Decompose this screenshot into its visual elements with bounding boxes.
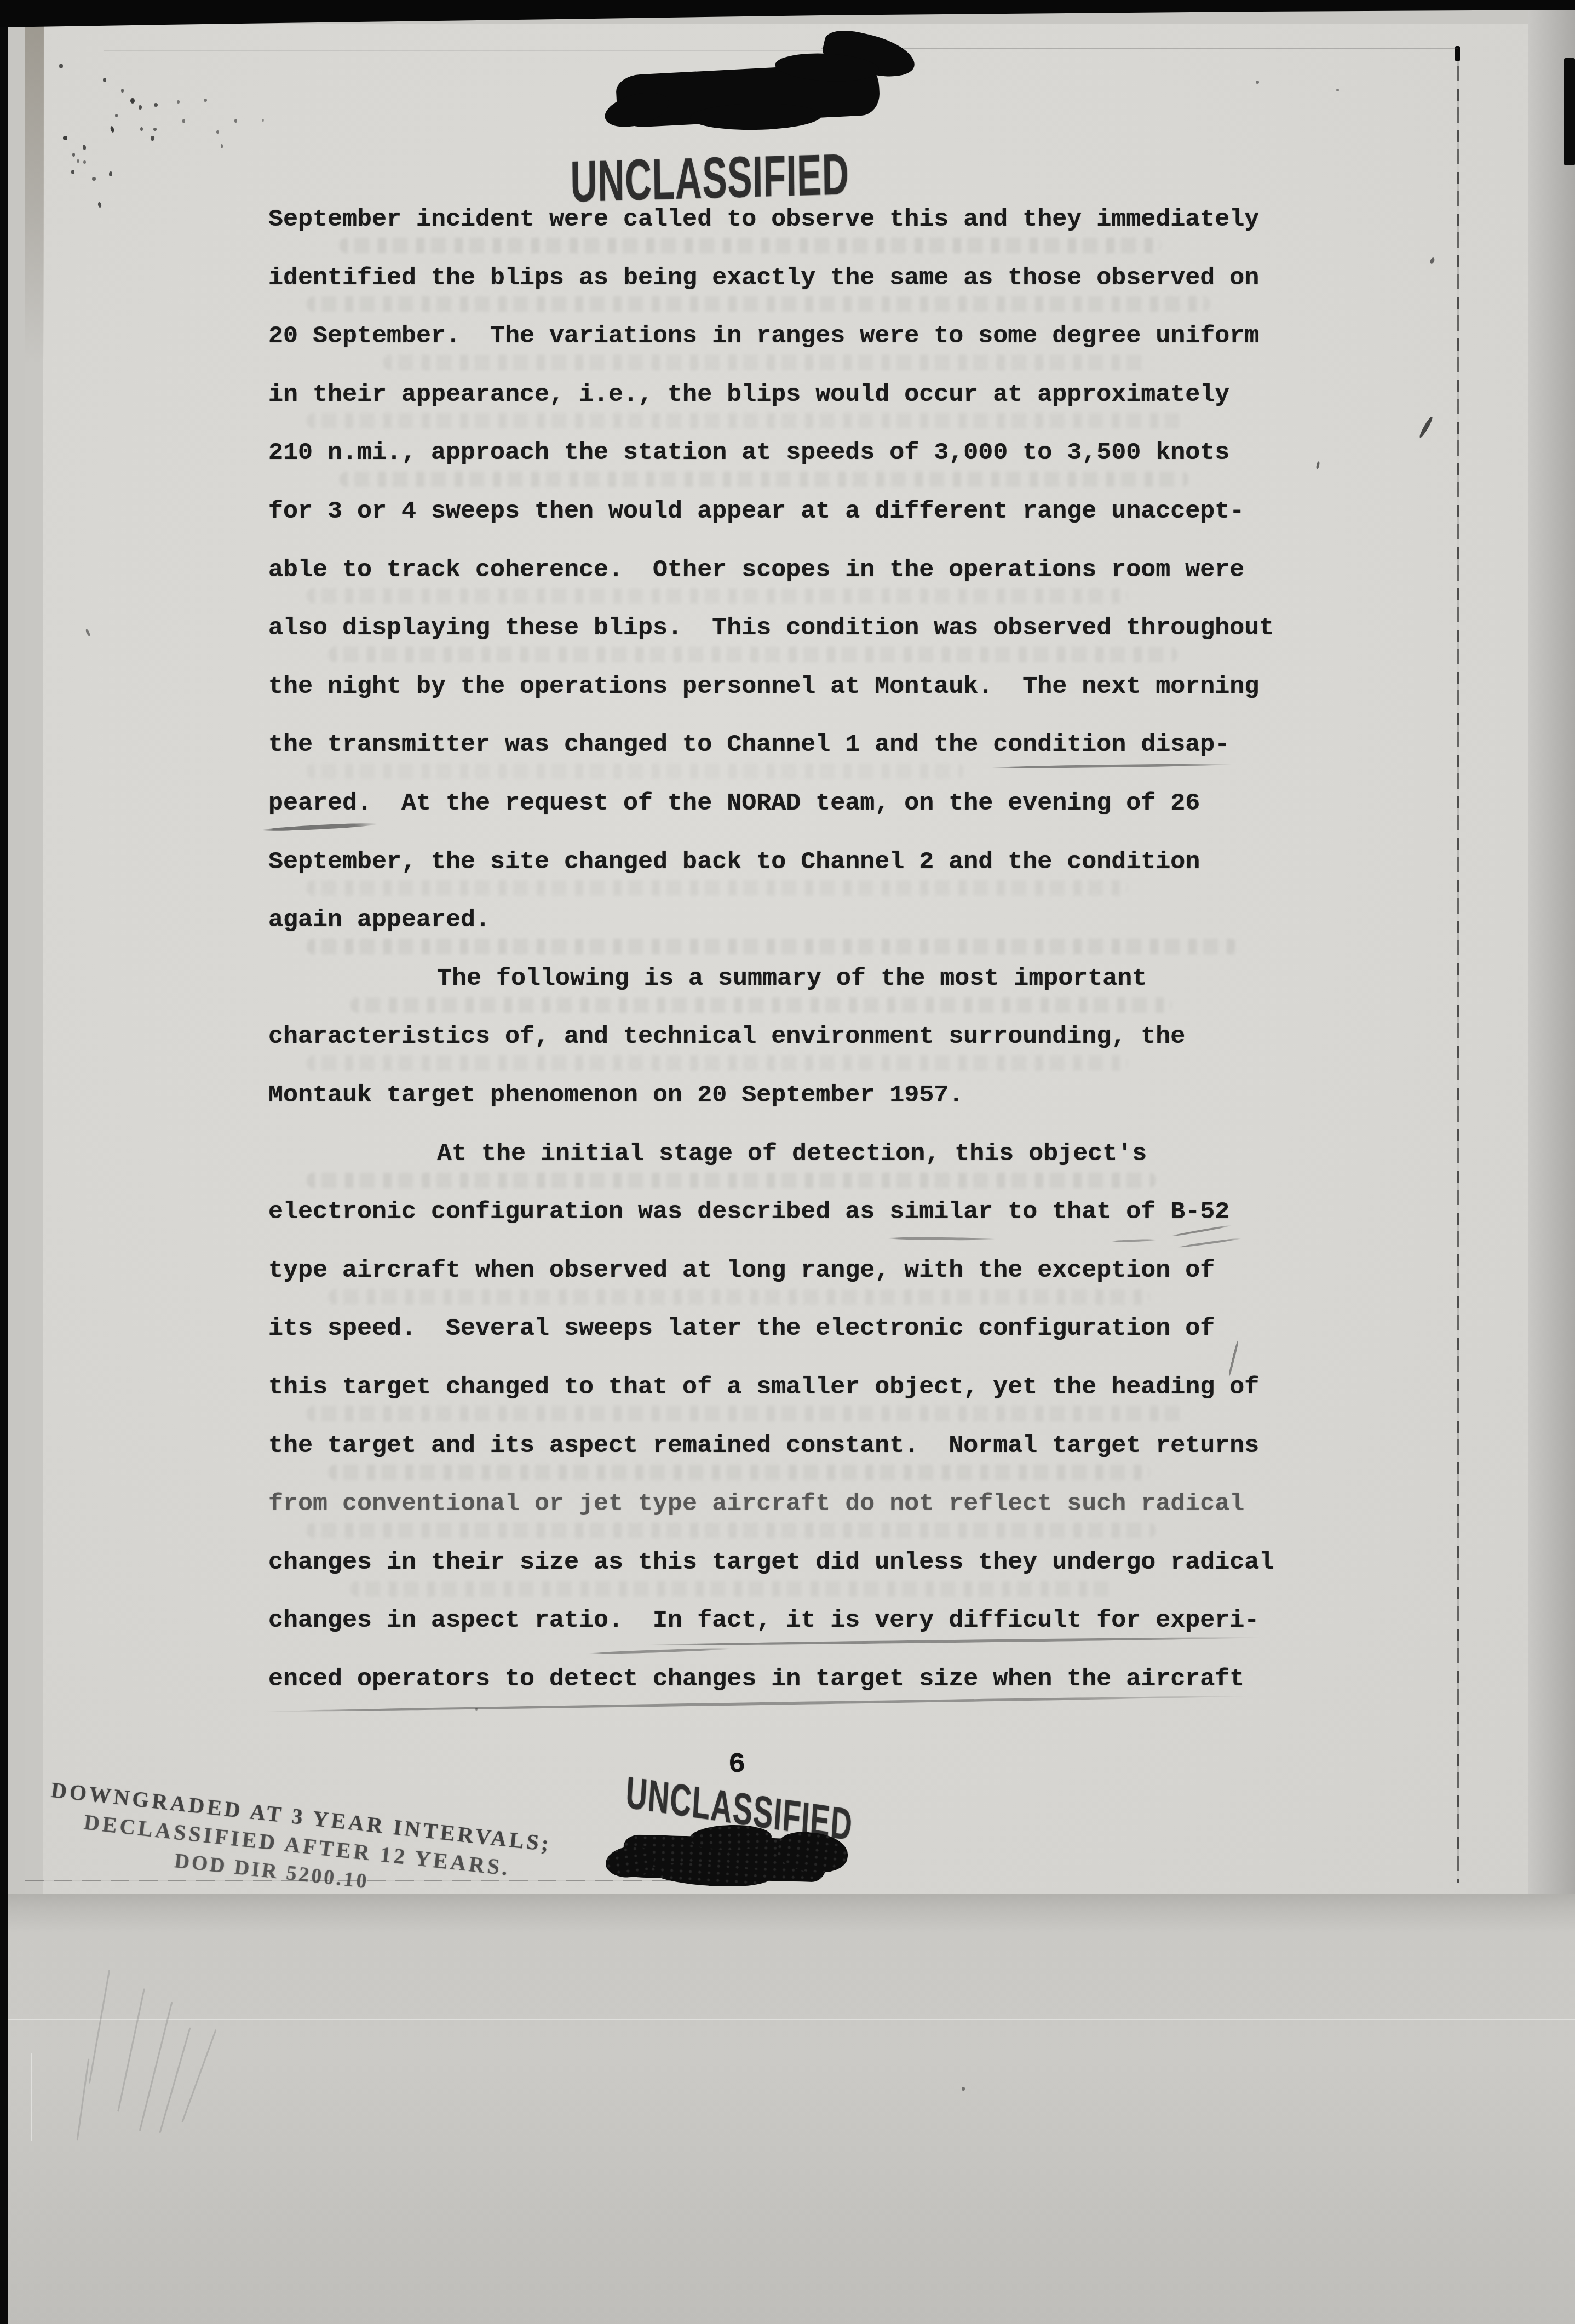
dust-speck xyxy=(216,130,219,134)
typed-line: Montauk target phenomenon on 20 Septembe… xyxy=(268,1083,963,1108)
scratch-line-horizontal xyxy=(8,2019,1575,2020)
scanned-page: SECRET UNCLASSIFIED UNCLASSIFIED Septemb… xyxy=(0,0,1575,2324)
dust-speck xyxy=(103,78,106,82)
bleedthrough-ghost-line xyxy=(307,296,1210,312)
typed-line: enced operators to detect changes in tar… xyxy=(268,1667,1244,1691)
scan-edge-right-mark xyxy=(1564,58,1575,165)
typed-line: peared. At the request of the NORAD team… xyxy=(268,791,1200,816)
dust-speck xyxy=(140,127,143,131)
typed-line: 210 n.mi., approach the station at speed… xyxy=(268,440,1229,465)
bleedthrough-ghost-line xyxy=(329,1289,1150,1305)
dust-speck xyxy=(72,153,75,157)
bleedthrough-ghost-line xyxy=(307,413,1183,428)
bleedthrough-ghost-line xyxy=(307,1055,1128,1071)
dust-speck xyxy=(1336,89,1339,91)
fold-line-vertical xyxy=(1457,47,1459,1883)
typed-line: the target and its aspect remained const… xyxy=(268,1433,1259,1458)
bleedthrough-ghost-line xyxy=(307,764,964,779)
typed-line: 20 September. The variations in ranges w… xyxy=(268,324,1259,348)
dust-speck xyxy=(63,136,67,140)
typed-line: also displaying these blips. This condit… xyxy=(268,616,1274,640)
typed-line: changes in their size as this target did… xyxy=(268,1550,1274,1575)
typed-line: September, the site changed back to Chan… xyxy=(268,850,1200,874)
dust-speck xyxy=(221,144,223,148)
dust-speck xyxy=(92,177,96,181)
typed-line: characteristics of, and technical enviro… xyxy=(268,1024,1185,1049)
dust-speck xyxy=(115,114,118,117)
typed-line: for 3 or 4 sweeps then would appear at a… xyxy=(268,499,1244,524)
bleedthrough-ghost-line xyxy=(307,1523,1156,1538)
bleedthrough-ghost-line xyxy=(350,997,1172,1013)
typed-line: its speed. Several sweeps later the elec… xyxy=(268,1316,1215,1341)
bleedthrough-ghost-line xyxy=(307,939,1238,954)
crease-line-top-faint xyxy=(104,50,827,51)
typed-line: the transmitter was changed to Channel 1… xyxy=(268,732,1229,757)
typed-line: from conventional or jet type aircraft d… xyxy=(268,1491,1244,1516)
typed-line: September incident were called to observ… xyxy=(268,207,1259,232)
dust-speck xyxy=(77,159,79,163)
bleedthrough-ghost-line xyxy=(307,1406,1183,1421)
typed-line: type aircraft when observed at long rang… xyxy=(268,1258,1215,1283)
typed-line: changes in aspect ratio. In fact, it is … xyxy=(268,1608,1259,1633)
dust-speck xyxy=(59,64,63,68)
dust-speck xyxy=(204,99,207,102)
dust-speck xyxy=(234,119,237,123)
typed-line: able to track coherence. Other scopes in… xyxy=(268,558,1244,582)
dust-speck xyxy=(154,103,158,107)
dust-speck xyxy=(962,2087,965,2091)
scan-edge-left xyxy=(0,0,8,2324)
dust-speck xyxy=(1256,81,1259,84)
typed-line: this target changed to that of a smaller… xyxy=(268,1375,1259,1399)
dust-speck xyxy=(121,89,124,93)
dust-speck xyxy=(262,119,264,122)
bleedthrough-ghost-line xyxy=(329,647,1177,662)
dust-speck xyxy=(153,128,157,131)
typed-line: identified the blips as being exactly th… xyxy=(268,266,1259,290)
bleedthrough-ghost-line xyxy=(350,1581,1117,1597)
page-left-edge-shade xyxy=(8,24,25,1894)
dust-speck xyxy=(182,119,185,123)
dust-speck xyxy=(83,160,86,164)
bleedthrough-ghost-line xyxy=(383,355,1150,370)
typed-line: in their appearance, i.e., the blips wou… xyxy=(268,382,1229,407)
dust-speck xyxy=(139,105,142,110)
scanner-backing xyxy=(0,1894,1575,2324)
redaction-blob xyxy=(612,1824,849,1893)
typed-line: the night by the operations personnel at… xyxy=(268,674,1259,699)
dust-speck xyxy=(130,98,135,104)
bleedthrough-ghost-line xyxy=(340,472,1188,487)
page-number: 6 xyxy=(728,1748,745,1781)
typed-line: electronic configuration was described a… xyxy=(268,1200,1229,1224)
scratch-line-vertical xyxy=(31,2053,32,2141)
dust-speck xyxy=(177,100,180,104)
typed-line: The following is a summary of the most i… xyxy=(437,966,1147,991)
bleedthrough-ghost-line xyxy=(340,238,1161,253)
page-left-edge-shadow xyxy=(25,24,44,364)
dust-speck xyxy=(475,1708,478,1711)
bleedthrough-ghost-line xyxy=(307,588,1128,604)
page-right-edge-shade xyxy=(1528,0,1575,1894)
dust-speck xyxy=(71,170,74,174)
typed-line: again appeared. xyxy=(268,908,490,932)
bleedthrough-ghost-line xyxy=(329,1465,1150,1480)
bleedthrough-ghost-line xyxy=(307,1173,1156,1188)
crease-line-top xyxy=(821,48,1458,49)
typed-line: At the initial stage of detection, this … xyxy=(437,1141,1147,1166)
bleedthrough-ghost-line xyxy=(307,880,1128,896)
unclassified-stamp-top: UNCLASSIFIED xyxy=(570,141,849,215)
